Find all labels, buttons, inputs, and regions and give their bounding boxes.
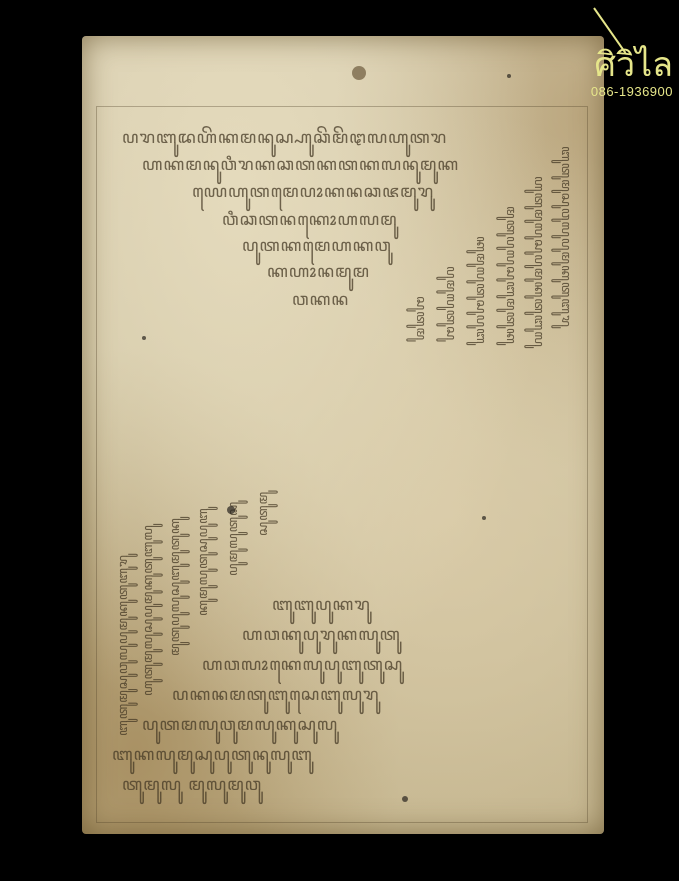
inscription-left-column: ꦥꦸꦩꦸꦭꦸꦠꦸꦱꦸ [222, 501, 249, 576]
inscription-left-column: ꦩꦸꦠꦸꦥꦸꦭꦸꦱꦸꦧꦸꦩꦸꦠꦸꦏꦸ [164, 517, 191, 656]
inscription-left-column: ꦏꦸꦩꦸꦭꦸꦠꦸꦱꦸꦥꦸꦧꦸ [192, 507, 219, 616]
watermark: ศิวิไล 086-1936900 [573, 8, 673, 99]
inscription-right-column: ꦥꦸꦩꦸꦭꦸꦠꦸꦱꦸ [435, 266, 462, 341]
inscription-right-column: ꦧꦸꦠꦸꦩꦸꦱꦸꦮꦸꦭꦸꦥꦸꦩꦸꦏꦸꦠꦸꦧꦸꦫꦸ [550, 146, 577, 328]
inscription-right-column: ꦲꦸꦠꦸꦩꦸꦭꦸꦱꦸꦥꦸꦩꦸꦏꦸꦠꦸꦧꦸꦭꦸ [523, 176, 550, 348]
watermark-phone: 086-1936900 [573, 84, 673, 99]
surface-speck [352, 66, 366, 80]
watermark-logo: ศิวิไล [573, 48, 673, 82]
inscription-right-column: ꦱꦸꦠꦸꦩꦸ [405, 296, 432, 341]
inscription-top-line: ꦮꦏꦤ [292, 286, 349, 321]
inscription-right-column: ꦩꦸꦠꦸꦥꦸꦭꦸꦱꦸꦧꦸꦩꦸꦠꦸꦏꦸ [495, 206, 522, 345]
inscription-bottom-line: ꦠꦸꦩꦸꦭꦸ ꦩꦸꦭꦸꦩꦸꦮꦸ [122, 771, 262, 806]
surface-speck [142, 336, 146, 340]
inscription-left-column: ꦲꦸꦠꦸꦩꦸꦭꦸꦱꦸꦥꦸꦩꦸꦏꦸꦠꦸꦧꦸꦭꦸ [137, 524, 164, 696]
surface-speck [507, 74, 511, 78]
amulet-tablet: ꦥꦫꦧꦸꦢꦲꦼꦏꦩꦤꦸꦱ꧀ꦲꦸꦕꦼꦩꦼꦛꦭꦲꦸꦠꦫ ꦲꦏꦩꦤꦸꦮꦶꦫꦏꦕꦠꦏꦠꦏ… [82, 36, 604, 834]
surface-speck [402, 796, 408, 802]
inscription-right-column: ꦏꦸꦩꦸꦭꦸꦠꦸꦱꦸꦥꦸꦧꦸ [465, 236, 492, 345]
surface-speck [482, 516, 486, 520]
surface-speck [227, 506, 235, 514]
inscription-left-column: ꦧꦸꦠꦸꦩꦸꦱꦸꦮꦸꦭꦸꦥꦸꦩꦸꦏꦸꦠꦸꦧꦸꦫꦸ [112, 554, 139, 736]
inscription-left-column: ꦱꦸꦠꦸꦩꦸ [252, 491, 279, 536]
